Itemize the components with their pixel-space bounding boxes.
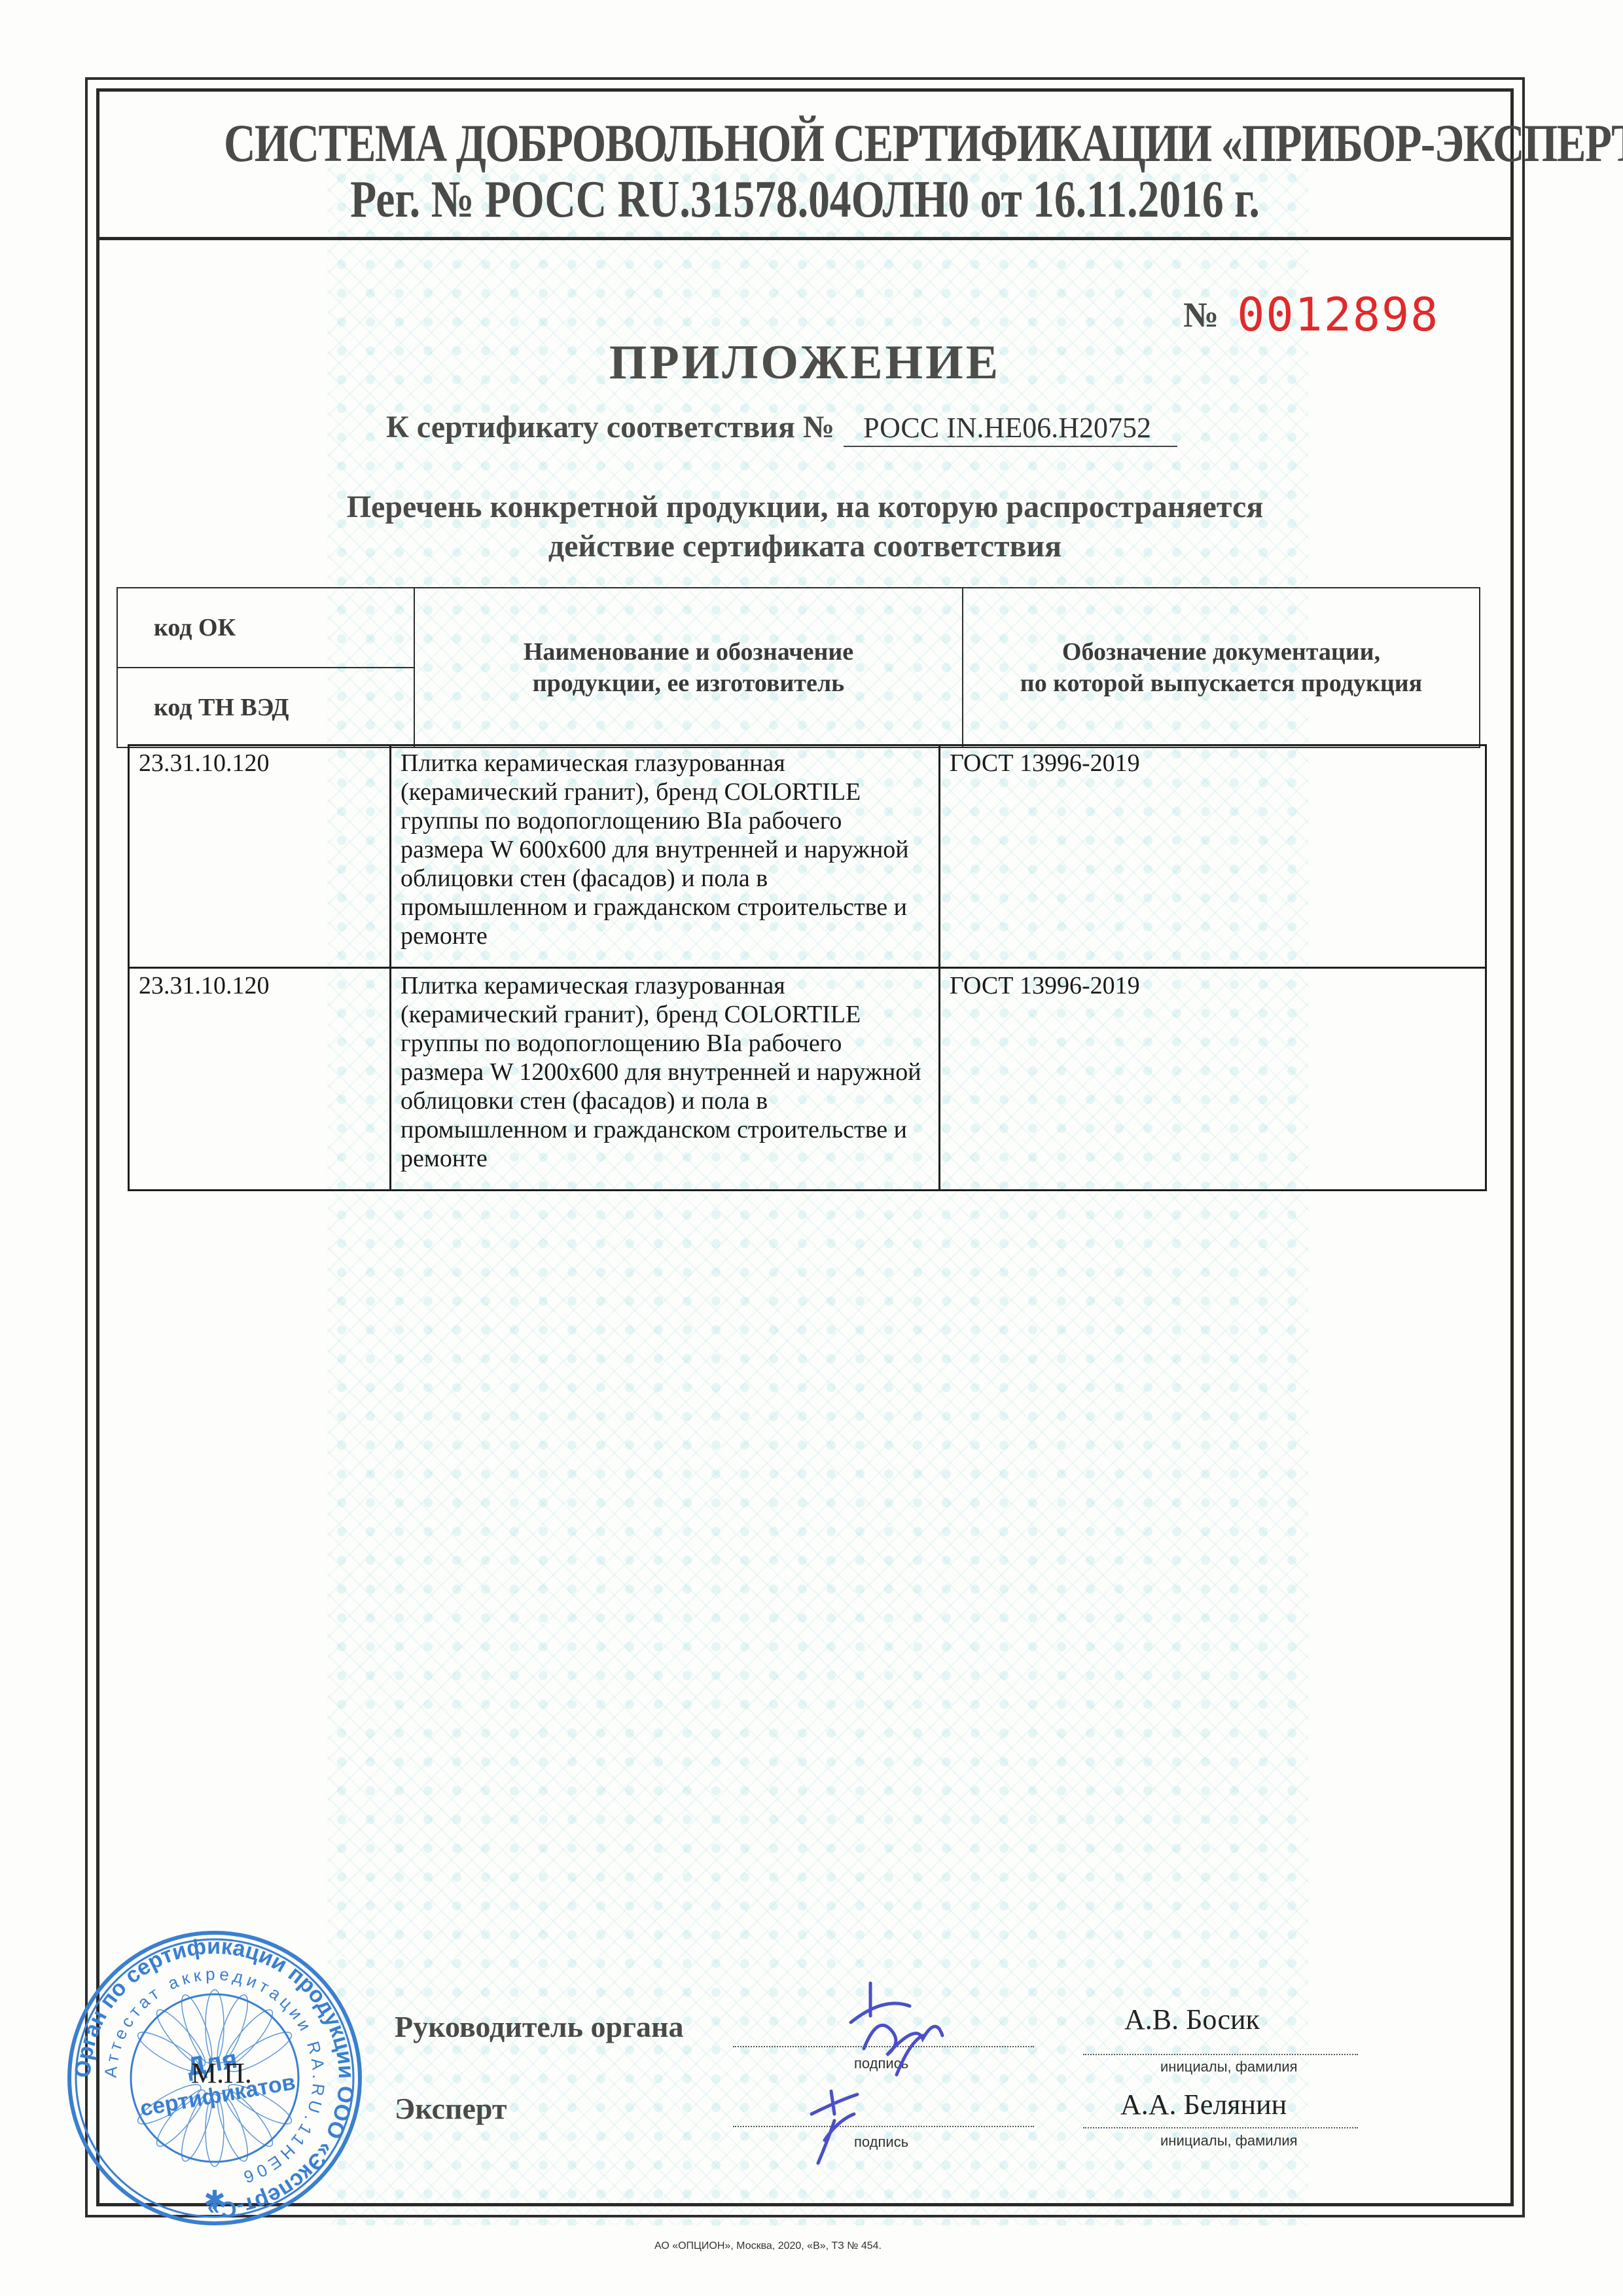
- header-divider: [96, 237, 1514, 240]
- list-title-line-2: действие сертификата соответствия: [96, 527, 1514, 566]
- head-name-line: [1083, 2054, 1358, 2055]
- table-row: 23.31.10.120 Плитка керамическая глазуро…: [129, 968, 1486, 1191]
- product-table: 23.31.10.120 Плитка керамическая глазуро…: [128, 744, 1487, 1191]
- header-product-name: Наименование и обозначение продукции, ее…: [414, 588, 963, 747]
- expert-name: А.А. Белянин: [1120, 2088, 1287, 2121]
- head-of-body-label: Руководитель органа: [395, 2009, 683, 2044]
- certificate-number: РОСС IN.HE06.H20752: [844, 411, 1177, 447]
- number-sign: №: [1183, 295, 1219, 334]
- registration-number: Рег. № РОСС RU.31578.04ОЛН0 от 16.11.201…: [224, 170, 1386, 230]
- head-name-caption: инициалы, фамилия: [1160, 2058, 1298, 2075]
- row-description: Плитка керамическая глазурованная (керам…: [391, 968, 940, 1191]
- row-document: ГОСТ 13996-2019: [940, 745, 1486, 968]
- certification-system-title: СИСТЕМА ДОБРОВОЛЬНОЙ СЕРТИФИКАЦИИ «ПРИБО…: [224, 113, 1386, 174]
- appendix-title: ПРИЛОЖЕНИЕ: [96, 335, 1514, 391]
- expert-name-line: [1083, 2127, 1358, 2128]
- product-list-title: Перечень конкретной продукции, на котору…: [96, 488, 1514, 566]
- header-code-tnved: код ТН ВЭД: [117, 668, 414, 747]
- row-code: 23.31.10.120: [129, 968, 391, 1191]
- expert-signature: [798, 2088, 890, 2166]
- certificate-label: К сертификату соответствия №: [386, 410, 834, 444]
- form-serial-number: № 0012898: [1183, 288, 1439, 342]
- table-row: 23.31.10.120 Плитка керамическая глазуро…: [129, 745, 1486, 968]
- expert-label: Эксперт: [395, 2091, 507, 2126]
- serial-value: 0012898: [1237, 288, 1439, 342]
- head-signature: [825, 1977, 969, 2094]
- table-header: код ОК Наименование и обозначение продук…: [116, 587, 1480, 748]
- certificate-reference: К сертификату соответствия № РОСС IN.HE0…: [386, 409, 1177, 447]
- header-name-line-1: Наименование и обозначение: [416, 636, 961, 668]
- seal-place-marker: М.П.: [191, 2056, 252, 2090]
- stamp-star-icon: ✱: [204, 2185, 226, 2215]
- row-code: 23.31.10.120: [129, 745, 391, 968]
- header-doc-line-1: Обозначение документации,: [964, 636, 1478, 668]
- row-document: ГОСТ 13996-2019: [940, 968, 1486, 1191]
- list-title-line-1: Перечень конкретной продукции, на котору…: [96, 488, 1514, 527]
- header-documentation: Обозначение документации, по которой вып…: [963, 588, 1480, 747]
- row-description: Плитка керамическая глазурованная (керам…: [391, 745, 940, 968]
- printer-imprint: АО «ОПЦИОН», Москва, 2020, «В», ТЗ № 454…: [654, 2240, 882, 2252]
- header-code-ok: код ОК: [117, 588, 414, 668]
- expert-name-caption: инициалы, фамилия: [1160, 2132, 1298, 2149]
- header-name-line-2: продукции, ее изготовитель: [416, 668, 961, 699]
- header-doc-line-2: по которой выпускается продукция: [964, 668, 1478, 699]
- head-name: А.В. Босик: [1124, 2003, 1260, 2036]
